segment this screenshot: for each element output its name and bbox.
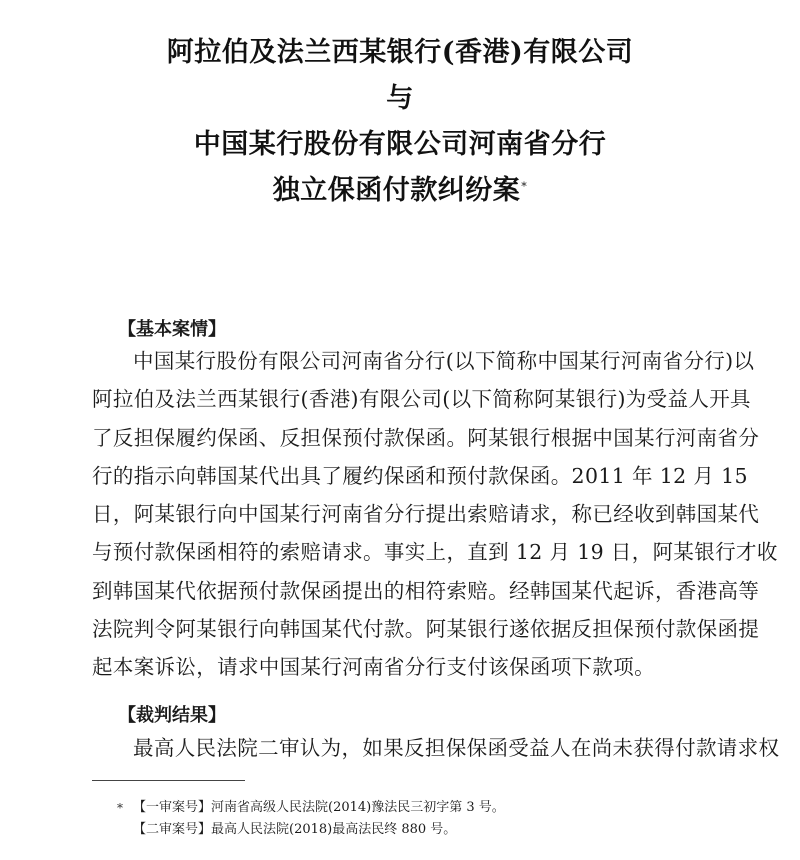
body-line: 起本案诉讼，请求中国某行河南省分行支付该保函项下款项。 — [92, 648, 708, 686]
body-line: 到韩国某代依据预付款保函提出的相符索赔。经韩国某代起诉，香港高等 — [92, 572, 708, 610]
basic-facts-paragraph: 中国某行股份有限公司河南省分行(以下简称中国某行河南省分行)以 阿拉伯及法兰西某… — [92, 342, 708, 687]
document-title: 阿拉伯及法兰西某银行(香港)有限公司 与 中国某行股份有限公司河南省分行 独立保… — [0, 30, 800, 214]
footnote-marker: * — [117, 797, 133, 819]
body-line: 行的指示向韩国某代出具了履约保函和预付款保函。2011 年 12 月 15 — [92, 457, 708, 495]
body-line: 了反担保履约保函、反担保预付款保函。阿某银行根据中国某行河南省分 — [92, 419, 708, 457]
body-line: 中国某行股份有限公司河南省分行(以下简称中国某行河南省分行)以 — [92, 342, 708, 380]
body-line: 阿拉伯及法兰西某银行(香港)有限公司(以下简称阿某银行)为受益人开具 — [92, 380, 708, 418]
section-heading-judgment-result: 【裁判结果】 — [118, 704, 226, 728]
footnotes: * 【一审案号】河南省高级人民法院(2014)豫法民三初字第 3 号。 【二审案… — [117, 797, 505, 841]
judgment-result-paragraph: 最高人民法院二审认为，如果反担保保函受益人在尚未获得付款请求权 — [92, 729, 708, 767]
footnote-first-instance: * 【一审案号】河南省高级人民法院(2014)豫法民三初字第 3 号。 — [117, 797, 505, 819]
title-line-4: 独立保函付款纠纷案* — [0, 168, 800, 214]
footnote-marker-spacer — [117, 819, 133, 841]
title-footnote-marker: * — [521, 180, 527, 193]
title-line-3: 中国某行股份有限公司河南省分行 — [0, 122, 800, 168]
footnote-text: 【一审案号】河南省高级人民法院(2014)豫法民三初字第 3 号。 — [133, 797, 505, 819]
footnote-text: 【二审案号】最高人民法院(2018)最高法民终 880 号。 — [133, 819, 456, 841]
body-line: 日，阿某银行向中国某行河南省分行提出索赔请求，称已经收到韩国某代 — [92, 495, 708, 533]
body-line: 与预付款保函相符的索赔请求。事实上，直到 12 月 19 日，阿某银行才收 — [92, 533, 708, 571]
body-line: 法院判令阿某银行向韩国某代付款。阿某银行遂依据反担保预付款保函提 — [92, 610, 708, 648]
body-line: 最高人民法院二审认为，如果反担保保函受益人在尚未获得付款请求权 — [92, 729, 708, 767]
footnote-divider — [92, 780, 245, 781]
section-heading-basic-facts: 【基本案情】 — [118, 318, 226, 342]
title-line-1: 阿拉伯及法兰西某银行(香港)有限公司 — [0, 30, 800, 76]
title-line-4-text: 独立保函付款纠纷案 — [273, 175, 521, 206]
footnote-second-instance: 【二审案号】最高人民法院(2018)最高法民终 880 号。 — [117, 819, 505, 841]
title-line-2: 与 — [0, 76, 800, 122]
